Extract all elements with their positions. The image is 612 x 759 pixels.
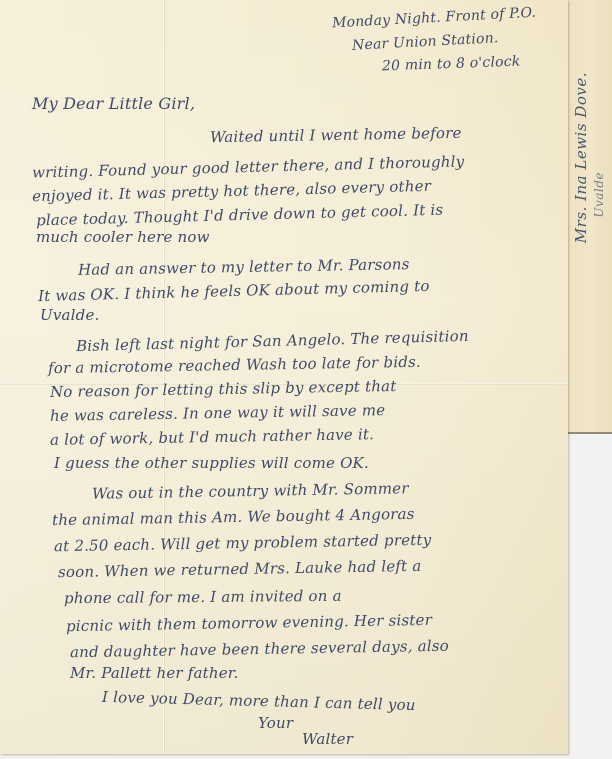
body-line: picnic with them tomorrow evening. Her s…	[66, 611, 432, 635]
salutation: My Dear Little Girl,	[32, 94, 195, 113]
body-line: and daughter have been there several day…	[70, 637, 449, 662]
body-line: No reason for letting this slip by excep…	[50, 377, 397, 401]
body-line: It was OK. I think he feels OK about my …	[38, 277, 430, 305]
body-line: Bish left last night for San Angelo. The…	[76, 327, 469, 355]
body-line: he was careless. In one way it will save…	[50, 401, 386, 425]
body-line: the animal man this Am. We bought 4 Ango…	[52, 505, 415, 529]
letter-page: Monday Night. Front of P.O. Near Union S…	[0, 0, 568, 754]
body-line: Uvalde.	[40, 306, 100, 324]
body-line: I guess the other supplies will come OK.	[54, 454, 369, 472]
body-line: enjoyed it. It was pretty hot there, als…	[32, 177, 431, 205]
body-line: Was out in the country with Mr. Sommer	[92, 479, 409, 503]
body-line: at 2.50 each. Will get my problem starte…	[54, 531, 432, 556]
dateline-line-2: Near Union Station.	[352, 30, 499, 54]
scanned-document: Mrs. Ina Lewis Dove. Uvalde Monday Night…	[0, 0, 612, 759]
body-line-closing-sentiment: I love you Dear, more than I can tell yo…	[102, 688, 416, 714]
body-line: phone call for me. I am invited on a	[64, 587, 342, 607]
envelope-address: Mrs. Ina Lewis Dove. Uvalde	[570, 42, 600, 292]
body-line: a lot of work, but I'd much rather have …	[50, 425, 374, 449]
body-line: much cooler here now	[36, 228, 210, 246]
envelope-address-line-2: Uvalde	[592, 172, 606, 218]
body-line: for a microtome reached Wash too late fo…	[48, 353, 421, 378]
dateline-line-3: 20 min to 8 o'clock	[382, 54, 521, 75]
closing: Your	[258, 714, 293, 732]
dateline-line-1: Monday Night. Front of P.O.	[332, 5, 537, 32]
body-line: soon. When we returned Mrs. Lauke had le…	[58, 557, 422, 581]
body-line: Mr. Pallett her father.	[70, 664, 239, 682]
envelope-address-line-1: Mrs. Ina Lewis Dove.	[572, 72, 590, 243]
body-line: place today. Thought I'd drive down to g…	[36, 201, 444, 230]
signature: Walter	[302, 730, 353, 748]
body-line: Had an answer to my letter to Mr. Parson…	[78, 255, 410, 279]
body-line: Waited until I went home before	[210, 124, 462, 146]
